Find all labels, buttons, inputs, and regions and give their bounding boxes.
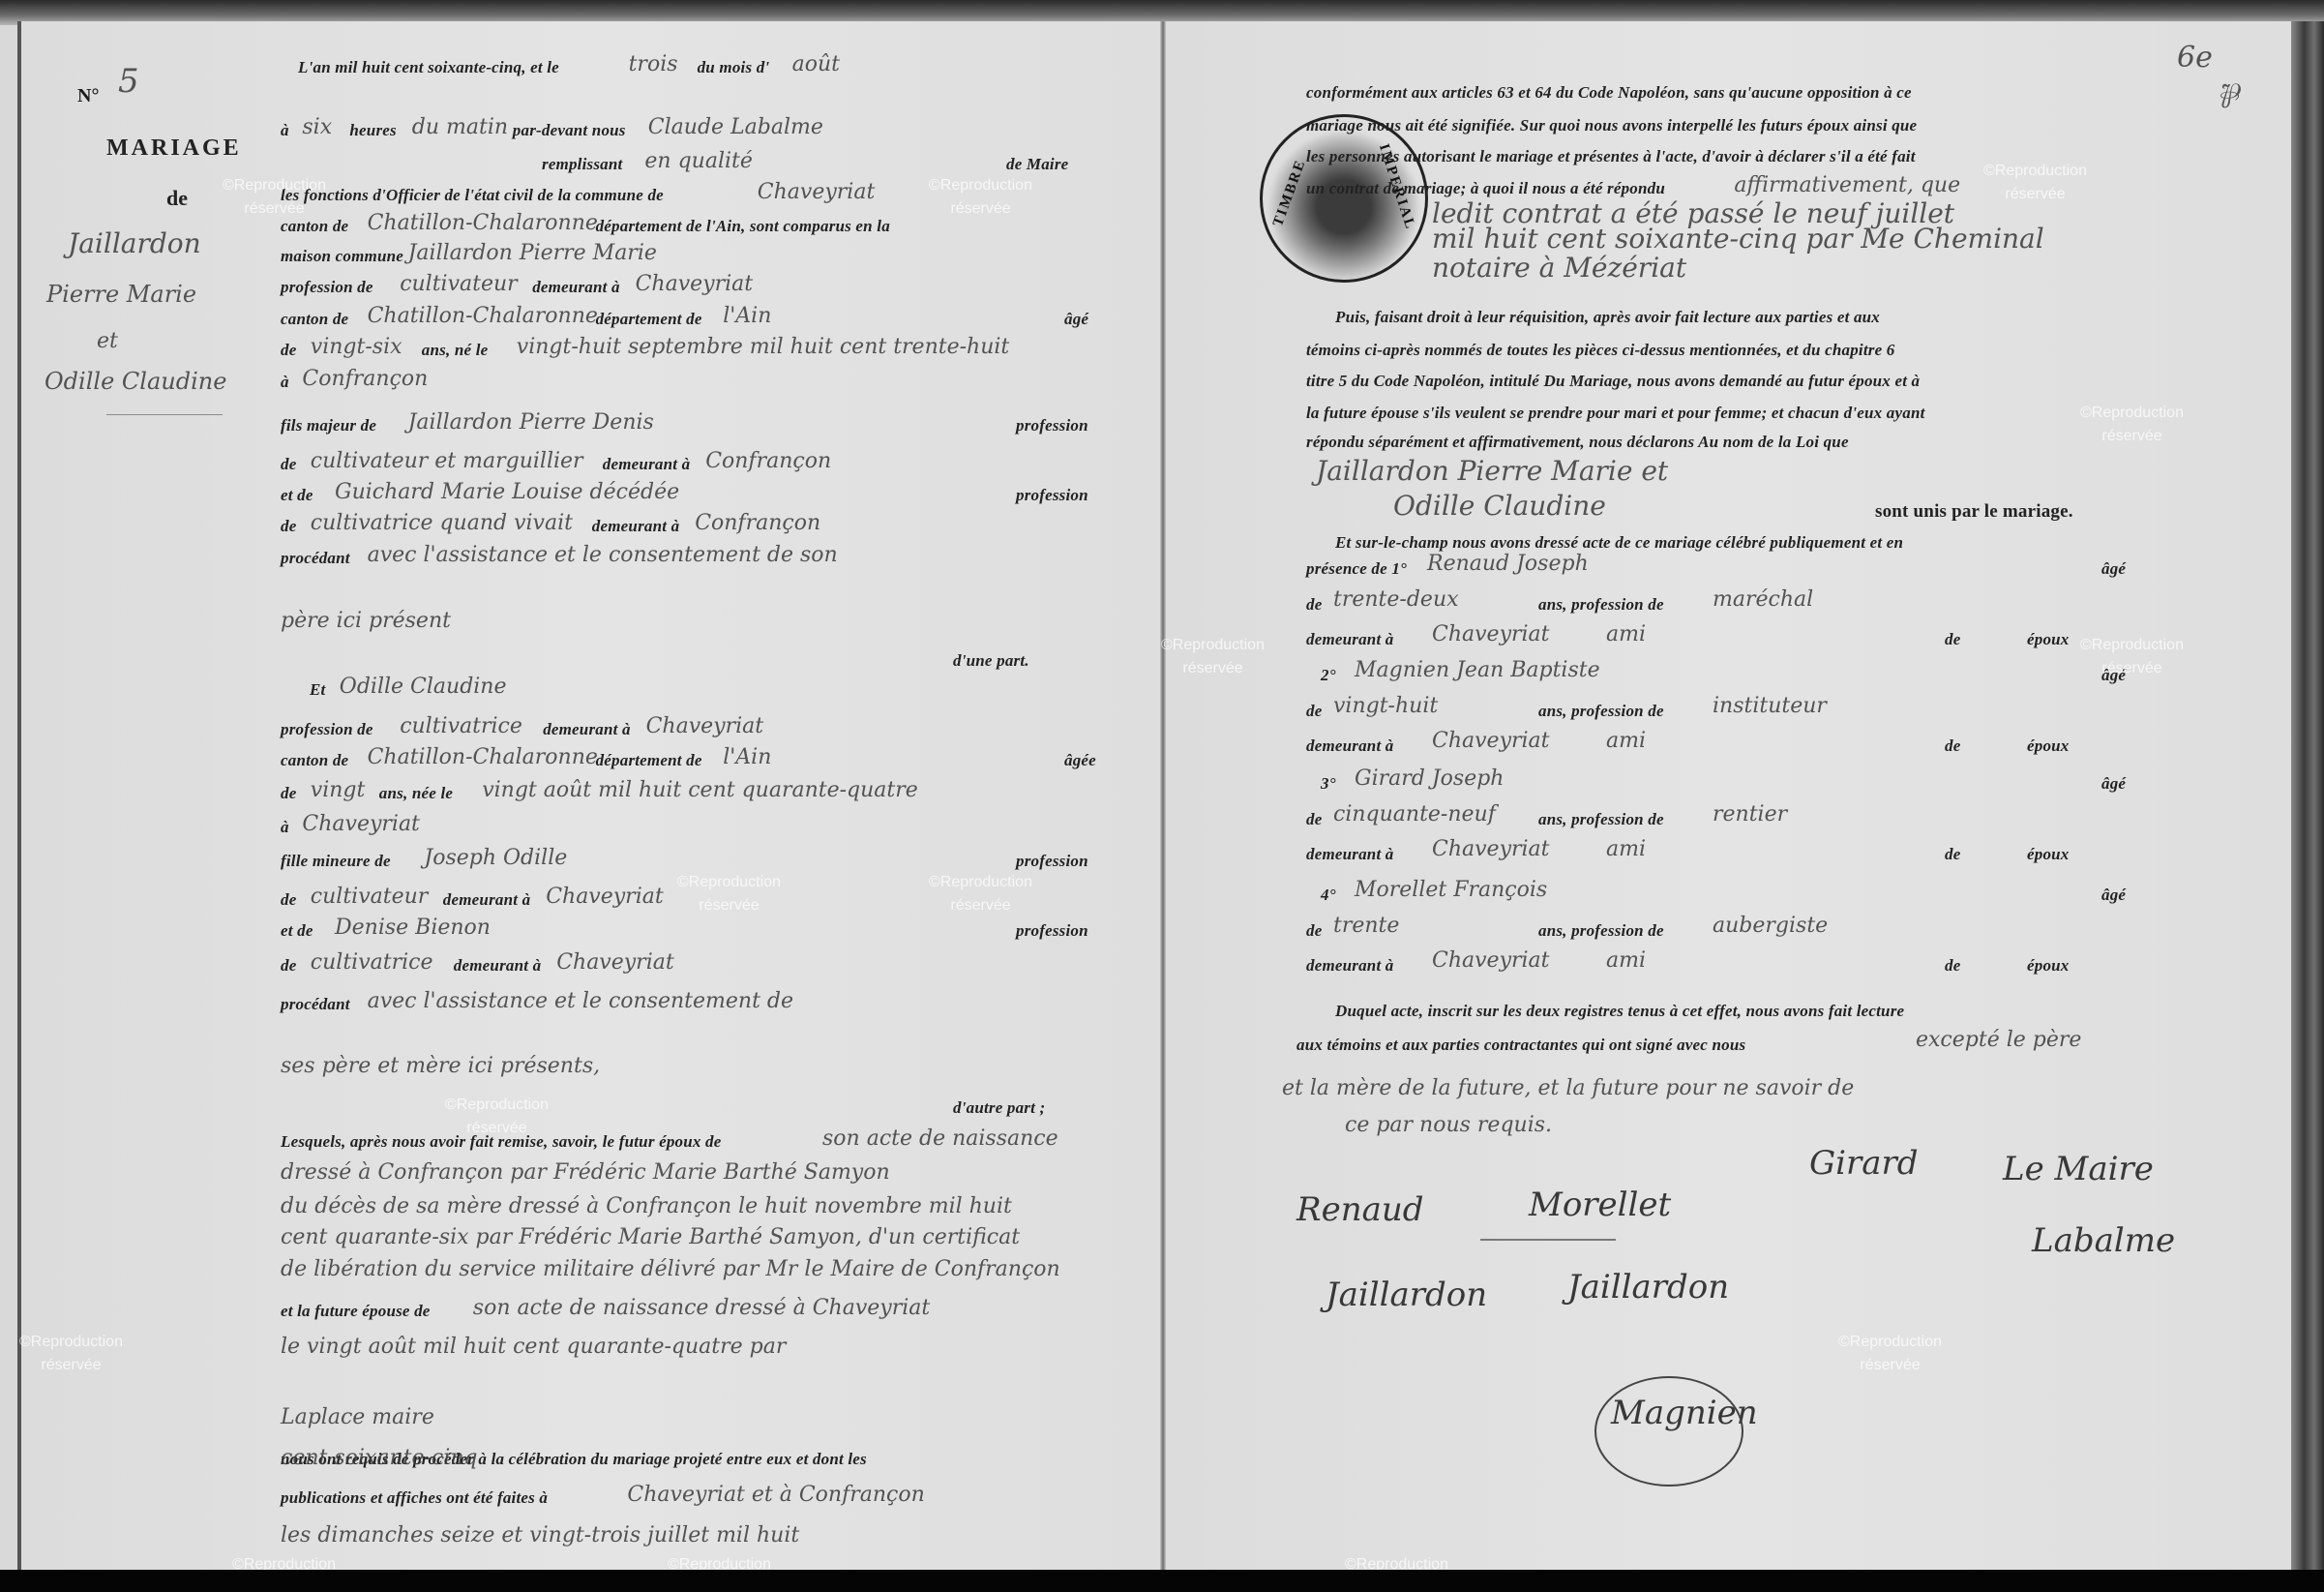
signature-labalme: Labalme <box>2032 1221 2175 1260</box>
witness-residence-label: demeurant à <box>1306 956 1394 976</box>
margin-rule <box>106 414 223 415</box>
watermark-line2: réservée <box>445 1117 549 1140</box>
watermark-line2: réservée <box>1161 657 1265 680</box>
handwritten-entry: Joseph Odille <box>424 846 567 870</box>
witness-age-label: âgé <box>2101 774 2126 794</box>
scan-bottom-edge <box>0 1570 2324 1592</box>
printed-text: département de l'Ain, sont comparus en l… <box>596 217 890 236</box>
witness-profession-label: ans, profession de <box>1538 810 1664 829</box>
printed-text: de <box>281 455 296 474</box>
handwritten-entry: cultivatrice quand vivait <box>311 511 573 535</box>
witness-residence: Chaveyriat <box>1432 948 1550 973</box>
witness-profession: instituteur <box>1713 694 1827 718</box>
printed-text: et la future épouse de <box>281 1302 431 1321</box>
handwritten-entry: Claude Labalme <box>648 115 823 139</box>
handwritten-entry: le vingt août mil huit cent quarante-qua… <box>281 1335 786 1359</box>
printed-text: de <box>281 341 296 360</box>
handwritten-entry: Laplace maire <box>281 1405 434 1429</box>
margin-bride: Odille Claudine <box>45 368 226 395</box>
handwritten-entry: vingt <box>311 778 366 802</box>
handwritten-entry: avec l'assistance et le consentement de <box>368 989 793 1013</box>
witness-ordinal: 3° <box>1321 774 1336 794</box>
witness-epoux-label: époux <box>2027 630 2070 649</box>
handwritten-entry: Guichard Marie Louise décédée <box>335 480 679 504</box>
stamp-text-left: TIMBRE <box>1270 157 1310 228</box>
printed-text: L'an mil huit cent soixante-cinq, et le <box>298 58 559 77</box>
handwritten-entry: Jaillardon Pierre Marie et <box>1316 455 1668 487</box>
handwritten-entry: vingt-six <box>311 335 402 359</box>
witness-age: trente <box>1333 914 1399 938</box>
reproduction-watermark: ©Reproductionréservée <box>1838 1331 1942 1377</box>
printed-text: à <box>281 818 289 837</box>
printed-text: demeurant à <box>443 890 531 910</box>
reproduction-watermark: ©Reproductionréservée <box>2080 634 2184 680</box>
witness-of-label: de <box>1945 630 1960 649</box>
handwritten-entry: six <box>302 115 332 139</box>
printed-text: département de <box>596 310 702 329</box>
witness-profession: rentier <box>1713 802 1787 826</box>
witness-name: Renaud Joseph <box>1427 552 1589 576</box>
printed-text: à <box>281 373 289 392</box>
handwritten-entry: mil huit cent soixante-cinq par Me Chemi… <box>1432 223 2044 255</box>
book-right-edge <box>2291 21 2324 1576</box>
printed-text: sont unis par le mariage. <box>1875 501 2073 523</box>
printed-text: un contrat de mariage; à quoi il nous a … <box>1306 179 1665 198</box>
printed-text: la future épouse s'ils veulent se prendr… <box>1306 404 1925 423</box>
printed-text: titre 5 du Code Napoléon, intitulé Du Ma… <box>1306 372 1920 391</box>
printed-text: âgé <box>1064 310 1088 329</box>
printed-text: demeurant à <box>592 517 680 536</box>
witness-residence-label: demeurant à <box>1306 736 1394 756</box>
witness-de-label: de <box>1306 702 1322 721</box>
signature-renaud: Renaud <box>1296 1190 1424 1229</box>
signature-underline <box>1480 1239 1616 1241</box>
handwritten-entry: Chaveyriat <box>636 272 754 296</box>
witness-epoux-label: époux <box>2027 845 2070 864</box>
watermark-line1: ©Reproduction <box>1983 160 2087 183</box>
witness-relation: ami <box>1606 729 1646 753</box>
watermark-line1: ©Reproduction <box>677 871 781 894</box>
printed-text: demeurant à <box>454 956 542 976</box>
handwritten-entry: Chatillon-Chalaronne <box>368 211 598 235</box>
handwritten-entry: Odille Claudine <box>340 675 507 699</box>
watermark-line1: ©Reproduction <box>1838 1331 1942 1354</box>
watermark-line2: réservée <box>1838 1354 1942 1377</box>
printed-text: demeurant à <box>603 455 691 474</box>
handwritten-entry: vingt-huit septembre mil huit cent trent… <box>517 335 1009 359</box>
handwritten-entry: l'Ain <box>723 304 771 328</box>
witness-of-label: de <box>1945 845 1960 864</box>
printed-text: publications et affiches ont été faites … <box>281 1488 548 1508</box>
printed-text: demeurant à <box>532 278 620 297</box>
handwritten-entry: avec l'assistance et le consentement de … <box>368 543 838 567</box>
witness-profession: aubergiste <box>1713 914 1828 938</box>
watermark-line1: ©Reproduction <box>929 174 1032 197</box>
watermark-line1: ©Reproduction <box>2080 402 2184 425</box>
handwritten-entry: août <box>792 52 840 76</box>
margin-et: et <box>97 329 118 353</box>
handwritten-entry: du décès de sa mère dressé à Confrançon … <box>281 1194 1012 1218</box>
watermark-line1: ©Reproduction <box>2080 634 2184 657</box>
printed-text: d'une part. <box>953 651 1029 671</box>
handwritten-entry: du matin <box>412 115 508 139</box>
reproduction-watermark: ©Reproductionréservée <box>929 174 1032 221</box>
printed-text: mariage nous ait été signifiée. Sur quoi… <box>1306 116 1917 135</box>
handwritten-entry: dressé à Confrançon par Frédéric Marie B… <box>281 1160 890 1185</box>
watermark-line1: ©Reproduction <box>223 174 326 197</box>
printed-text: profession <box>1016 852 1088 871</box>
handwritten-entry: Confrançon <box>705 449 831 473</box>
printed-text: de <box>281 784 296 803</box>
witness-ordinal: 4° <box>1321 886 1336 905</box>
printed-text: d'autre part ; <box>953 1098 1045 1118</box>
printed-text: Duquel acte, inscrit sur les deux regist… <box>1335 1002 1904 1021</box>
folio-mark: ⅌ <box>2216 73 2237 117</box>
printed-text: département de <box>596 751 702 770</box>
reproduction-watermark: ©Reproductionréservée <box>2080 402 2184 448</box>
witness-of-label: de <box>1945 956 1960 976</box>
printed-text: remplissant <box>542 155 622 174</box>
witness-relation: ami <box>1606 948 1646 973</box>
reproduction-watermark: ©Reproductionréservée <box>445 1094 549 1140</box>
printed-text: Puis, faisant droit à leur réquisition, … <box>1335 308 1880 327</box>
printed-text: les fonctions d'Officier de l'état civil… <box>281 186 664 205</box>
witness-name: Magnien Jean Baptiste <box>1355 658 1600 682</box>
folio-note: 6e <box>2177 41 2213 75</box>
printed-text: de <box>281 956 296 976</box>
printed-text: profession <box>1016 416 1088 436</box>
witness-relation: ami <box>1606 622 1646 646</box>
signature-girard: Girard <box>1809 1144 1919 1183</box>
handwritten-entry: son acte de naissance dressé à Chaveyria… <box>473 1296 930 1320</box>
act-title-de: de <box>166 186 188 211</box>
handwritten-entry: Confrançon <box>695 511 820 535</box>
printed-text: à <box>281 121 289 140</box>
reproduction-watermark: ©Reproductionréservée <box>677 871 781 917</box>
printed-text: témoins ci-après nommés de toutes les pi… <box>1306 341 1894 360</box>
reproduction-watermark: ©Reproductionréservée <box>1161 634 1265 680</box>
printed-text: ans, né le <box>422 341 489 360</box>
printed-text: conformément aux articles 63 et 64 du Co… <box>1306 83 1912 103</box>
witness-profession-label: ans, profession de <box>1538 595 1664 615</box>
handwritten-entry: Chatillon-Chalaronne <box>368 304 598 328</box>
witness-de-label: de <box>1306 595 1322 615</box>
witness-of-label: de <box>1945 736 1960 756</box>
watermark-line2: réservée <box>929 894 1032 917</box>
handwritten-entry: Denise Bienon <box>335 916 491 940</box>
witness-profession: maréchal <box>1713 587 1813 612</box>
printed-text: profession <box>1016 486 1088 505</box>
printed-text: ans, née le <box>379 784 453 803</box>
act-title: MARIAGE <box>106 135 242 162</box>
witness-residence: Chaveyriat <box>1432 622 1550 646</box>
watermark-line2: réservée <box>2080 425 2184 448</box>
handwritten-entry: les dimanches seize et vingt-trois juill… <box>281 1523 799 1547</box>
watermark-line1: ©Reproduction <box>1161 634 1265 657</box>
handwritten-entry: et la mère de la future, et la future po… <box>1282 1076 1854 1100</box>
watermark-line1: ©Reproduction <box>19 1331 123 1354</box>
printed-text: de <box>281 517 296 536</box>
handwritten-entry: l'Ain <box>723 745 771 769</box>
signature-morellet: Morellet <box>1529 1186 1671 1224</box>
witness-residence: Chaveyriat <box>1432 729 1550 753</box>
handwritten-entry: son acte de naissance <box>822 1126 1058 1151</box>
printed-text: fille mineure de <box>281 852 391 871</box>
signature-flourish-oval <box>1594 1376 1743 1487</box>
handwritten-entry: Chaveyriat <box>302 812 420 836</box>
printed-text: les personnes autorisant le mariage et p… <box>1306 147 1916 166</box>
printed-text: Et <box>310 680 325 700</box>
handwritten-entry: Jaillardon Pierre Marie <box>408 241 657 265</box>
printed-text: maison commune <box>281 247 403 266</box>
handwritten-entry: Chaveyriat <box>646 714 764 738</box>
handwritten-entry: Odille Claudine <box>1393 490 1606 522</box>
printed-text: par-devant nous <box>513 121 626 140</box>
witness-residence-label: demeurant à <box>1306 845 1394 864</box>
margin-groom-surname: Jaillardon <box>68 227 201 259</box>
printed-text: âgée <box>1064 751 1096 770</box>
witness-relation: ami <box>1606 837 1646 861</box>
handwritten-entry: en qualité <box>644 149 752 173</box>
printed-text: profession de <box>281 278 373 297</box>
witness-de-label: de <box>1306 921 1322 941</box>
witness-age: trente-deux <box>1333 587 1459 612</box>
register-spread: N° 5 MARIAGE de Jaillardon Pierre Marie … <box>0 0 2324 1576</box>
printed-text: de Maire <box>1006 155 1068 174</box>
watermark-line2: réservée <box>929 197 1032 221</box>
witness-age-label: âgé <box>2101 886 2126 905</box>
handwritten-entry: cultivateur <box>400 272 518 296</box>
document-viewer: N° 5 MARIAGE de Jaillardon Pierre Marie … <box>0 0 2324 1592</box>
handwritten-entry: Chaveyriat <box>758 180 876 204</box>
witness-ordinal: présence de 1° <box>1306 559 1407 579</box>
witness-profession-label: ans, profession de <box>1538 702 1664 721</box>
handwritten-entry: affirmativement, que <box>1734 173 1960 197</box>
watermark-line1: ©Reproduction <box>929 871 1032 894</box>
printed-text: heures <box>349 121 396 140</box>
signature-jaillardon: Jaillardon <box>1567 1268 1729 1307</box>
witness-residence: Chaveyriat <box>1432 837 1550 861</box>
signature-le-maire: Le Maire <box>2003 1150 2154 1188</box>
printed-text: et de <box>281 486 313 505</box>
handwritten-entry: Chaveyriat et à Confrançon <box>627 1483 924 1507</box>
printed-text: profession <box>1016 921 1088 941</box>
handwritten-entry: ses père et mère ici présents, <box>281 1054 600 1078</box>
witness-epoux-label: époux <box>2027 956 2070 976</box>
timbre-imperial-stamp: TIMBRE IMPERIAL <box>1260 114 1428 283</box>
witness-profession-label: ans, profession de <box>1538 921 1664 941</box>
reproduction-watermark: ©Reproductionréservée <box>19 1331 123 1377</box>
witness-residence-label: demeurant à <box>1306 630 1394 649</box>
handwritten-entry: Chaveyriat <box>556 950 674 975</box>
watermark-line1: ©Reproduction <box>445 1094 549 1117</box>
printed-text: aux témoins et aux parties contractantes… <box>1296 1036 1745 1055</box>
handwritten-entry: père ici présent <box>281 609 451 633</box>
printed-text: canton de <box>281 310 348 329</box>
witness-name: Girard Joseph <box>1355 766 1504 791</box>
handwritten-entry: trois <box>629 52 678 76</box>
reproduction-watermark: ©Reproductionréservée <box>1983 160 2087 206</box>
handwritten-entry: cultivatrice <box>400 714 522 738</box>
margin-groom-given: Pierre Marie <box>46 281 196 308</box>
watermark-line2: réservée <box>19 1354 123 1377</box>
printed-text: procédant <box>281 549 350 568</box>
witness-epoux-label: époux <box>2027 736 2070 756</box>
printed-text: fils majeur de <box>281 416 376 436</box>
witness-de-label: de <box>1306 810 1322 829</box>
reproduction-watermark: ©Reproductionréservée <box>929 871 1032 917</box>
watermark-line2: réservée <box>1983 183 2087 206</box>
handwritten-entry: cultivatrice <box>311 950 433 975</box>
watermark-line2: réservée <box>677 894 781 917</box>
printed-text: demeurant à <box>543 720 631 739</box>
handwritten-entry: Chatillon-Chalaronne <box>368 745 598 769</box>
witness-ordinal: 2° <box>1321 666 1336 685</box>
printed-text: du mois d' <box>698 58 770 77</box>
printed-text: procédant <box>281 995 350 1014</box>
witness-age: cinquante-neuf <box>1333 802 1496 826</box>
witness-age-label: âgé <box>2101 559 2126 579</box>
handwritten-entry: Jaillardon Pierre Denis <box>408 410 654 435</box>
handwritten-entry: cultivateur et marguillier <box>311 449 583 473</box>
handwritten-entry: vingt août mil huit cent quarante-quatre <box>482 778 918 802</box>
reproduction-watermark: ©Reproductionréservée <box>223 174 326 221</box>
witness-name: Morellet François <box>1355 878 1547 902</box>
watermark-line2: réservée <box>2080 657 2184 680</box>
printed-text: canton de <box>281 751 348 770</box>
handwritten-entry: ce par nous requis. <box>1345 1113 1552 1137</box>
handwritten-entry: cent soixante-cinq <box>281 1446 478 1470</box>
printed-text: profession de <box>281 720 373 739</box>
act-number-label: N° <box>77 85 99 107</box>
printed-text: et de <box>281 921 313 941</box>
watermark-line2: réservée <box>223 197 326 221</box>
act-number-value: 5 <box>118 62 139 101</box>
handwritten-entry: excepté le père <box>1916 1028 2081 1052</box>
handwritten-entry: Confrançon <box>302 367 428 391</box>
witness-age: vingt-huit <box>1333 694 1438 718</box>
handwritten-entry: cultivateur <box>311 885 429 909</box>
signature-jaillardon: Jaillardon <box>1326 1276 1487 1314</box>
printed-text: répondu séparément et affirmativement, n… <box>1306 433 1849 452</box>
handwritten-entry: notaire à Mézériat <box>1432 252 1686 284</box>
handwritten-entry: de libération du service militaire déliv… <box>281 1257 1060 1281</box>
printed-text: de <box>281 890 296 910</box>
printed-text: Et sur-le-champ nous avons dressé acte d… <box>1335 533 1903 553</box>
handwritten-entry: Chaveyriat <box>546 885 664 909</box>
handwritten-entry: cent quarante-six par Frédéric Marie Bar… <box>281 1225 1020 1249</box>
